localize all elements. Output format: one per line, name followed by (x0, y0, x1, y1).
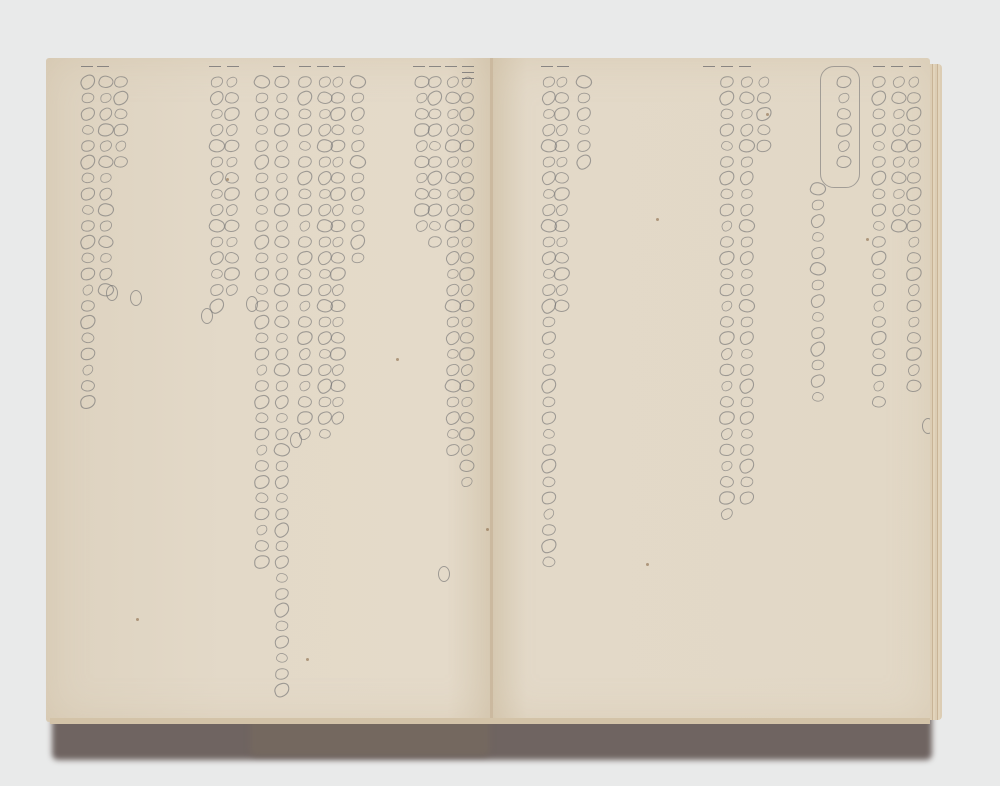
handwritten-glyph (114, 139, 128, 153)
handwritten-glyph (81, 171, 96, 184)
paper-speck (656, 218, 659, 221)
handwritten-glyph (542, 316, 556, 328)
handwritten-glyph (276, 380, 289, 391)
left-page (46, 58, 492, 722)
handwritten-glyph (719, 123, 735, 137)
handwritten-glyph (255, 124, 269, 137)
handwritten-glyph (890, 169, 908, 186)
handwritten-glyph (225, 76, 239, 89)
handwritten-glyph (459, 443, 474, 457)
paper-speck (396, 358, 399, 361)
item-dash-mark (721, 66, 733, 67)
paper-speck (766, 113, 769, 116)
handwritten-glyph (459, 251, 475, 266)
handwritten-glyph (542, 284, 557, 297)
handwritten-glyph (252, 313, 271, 331)
handwritten-glyph (446, 156, 460, 169)
handwritten-glyph (352, 93, 365, 104)
handwriting-column (576, 66, 590, 166)
handwritten-glyph (460, 236, 474, 249)
handwritten-glyph (459, 203, 475, 218)
handwritten-glyph (207, 217, 227, 236)
enclosing-bracket (820, 66, 860, 188)
handwritten-glyph (275, 219, 289, 232)
handwritten-glyph (539, 377, 559, 396)
handwritten-glyph (554, 91, 570, 106)
handwritten-glyph (226, 236, 239, 247)
handwritten-glyph (906, 347, 922, 361)
handwritten-glyph (719, 507, 734, 521)
handwritten-glyph (459, 427, 476, 442)
handwritten-glyph (273, 202, 291, 218)
handwritten-glyph (740, 364, 755, 377)
handwritten-glyph (99, 220, 113, 232)
handwritten-glyph (78, 153, 98, 171)
handwritten-glyph (272, 520, 292, 539)
end-circle-mark (201, 308, 213, 324)
handwritten-glyph (80, 267, 95, 280)
handwritten-glyph (458, 105, 477, 122)
handwritten-glyph (718, 330, 735, 345)
handwritten-glyph (555, 156, 568, 168)
handwritten-glyph (223, 250, 240, 266)
item-dash-mark (97, 66, 109, 67)
handwritten-glyph (330, 363, 345, 377)
handwritten-glyph (542, 475, 557, 489)
handwritten-glyph (893, 109, 905, 119)
handwritten-glyph (444, 249, 463, 267)
handwritten-glyph (329, 330, 346, 346)
handwritten-glyph (273, 554, 290, 570)
handwritten-glyph (720, 380, 733, 392)
handwritten-glyph (906, 378, 923, 393)
handwritten-glyph (98, 267, 114, 282)
handwritten-glyph (97, 122, 115, 138)
handwritten-glyph (718, 474, 735, 490)
handwritten-glyph (739, 491, 756, 506)
handwritten-glyph (907, 155, 921, 168)
handwritten-glyph (97, 74, 115, 91)
handwritten-glyph (316, 410, 333, 426)
handwritten-glyph (719, 203, 734, 216)
handwritten-glyph (907, 140, 922, 153)
handwriting-column (461, 66, 475, 486)
handwritten-glyph (444, 410, 462, 427)
handwritten-glyph (252, 72, 272, 91)
handwritten-glyph (809, 293, 827, 310)
handwritten-glyph (78, 233, 97, 251)
handwritten-glyph (297, 363, 313, 377)
handwritten-glyph (351, 220, 365, 233)
handwritten-glyph (273, 106, 290, 122)
handwritten-glyph (415, 92, 428, 104)
handwritten-glyph (297, 411, 313, 425)
item-dash-mark (317, 66, 329, 67)
handwritten-glyph (554, 203, 570, 218)
handwritten-glyph (577, 140, 591, 153)
handwritten-glyph (428, 156, 442, 168)
handwritten-glyph (80, 251, 95, 265)
handwritten-glyph (298, 107, 313, 120)
handwritten-glyph (331, 156, 345, 169)
handwritten-glyph (871, 122, 888, 137)
handwritten-glyph (273, 233, 291, 250)
handwritten-glyph (756, 139, 771, 152)
handwritten-glyph (445, 283, 461, 298)
handwritten-glyph (211, 157, 224, 168)
handwritten-glyph (871, 283, 886, 296)
handwritten-glyph (447, 348, 460, 360)
handwritten-glyph (810, 246, 825, 260)
handwritten-glyph (890, 138, 908, 154)
handwritten-glyph (80, 299, 95, 313)
handwritten-glyph (809, 212, 827, 229)
handwritten-glyph (331, 236, 344, 248)
bottom-page-edge (50, 718, 930, 724)
item-dash-mark (909, 66, 921, 67)
handwritten-glyph (330, 171, 346, 186)
handwritten-glyph (542, 395, 556, 408)
handwriting-column (272, 66, 286, 696)
handwritten-glyph (298, 219, 312, 233)
handwritten-glyph (460, 140, 475, 153)
handwritten-glyph (720, 107, 735, 120)
handwriting-column (428, 66, 442, 256)
handwriting-column (738, 66, 752, 511)
handwritten-glyph (209, 203, 224, 217)
handwritten-glyph (211, 109, 223, 120)
handwritten-glyph (574, 152, 594, 171)
handwritten-glyph (330, 123, 346, 138)
item-dash-mark (891, 66, 903, 67)
paper-speck (136, 618, 139, 621)
handwritten-glyph (425, 169, 445, 187)
handwritten-glyph (738, 330, 756, 347)
handwritten-glyph (741, 189, 753, 200)
right-page (492, 58, 930, 722)
handwritten-glyph (812, 200, 825, 211)
handwritten-glyph (893, 189, 905, 199)
handwritten-glyph (809, 373, 826, 389)
handwritten-glyph (254, 379, 269, 393)
handwritten-glyph (332, 316, 345, 327)
handwritten-glyph (224, 187, 240, 201)
handwritten-glyph (254, 538, 271, 553)
handwritten-glyph (253, 106, 271, 123)
handwritten-glyph (100, 93, 112, 103)
handwritten-glyph (224, 122, 240, 137)
handwritten-glyph (81, 92, 95, 104)
handwritten-glyph (297, 123, 313, 137)
handwritten-glyph (253, 474, 270, 489)
handwritten-glyph (209, 123, 225, 138)
handwritten-glyph (444, 217, 463, 234)
handwritten-glyph (541, 123, 557, 138)
handwritten-glyph (906, 203, 922, 218)
item-dash-mark (462, 72, 474, 73)
handwriting-column (758, 66, 772, 161)
handwritten-glyph (446, 428, 460, 440)
handwritten-glyph (907, 236, 921, 249)
handwritten-glyph (274, 634, 291, 649)
handwritten-glyph (207, 137, 226, 155)
handwritten-glyph (720, 156, 735, 169)
handwritten-glyph (719, 411, 735, 425)
handwritten-glyph (319, 109, 331, 119)
handwritten-glyph (330, 202, 346, 217)
handwritten-glyph (444, 329, 462, 346)
handwriting-column (254, 66, 268, 566)
handwritten-glyph (79, 106, 96, 122)
handwritten-glyph (275, 300, 289, 312)
handwritten-glyph (541, 203, 556, 217)
handwritten-glyph (297, 203, 312, 216)
handwritten-glyph (351, 124, 364, 136)
handwritten-glyph (891, 202, 908, 218)
handwritten-glyph (719, 427, 735, 442)
handwritten-glyph (254, 459, 270, 474)
handwritten-glyph (319, 268, 332, 280)
handwritten-glyph (540, 538, 558, 555)
handwritten-glyph (428, 108, 442, 121)
handwritten-glyph (906, 219, 921, 232)
handwritten-glyph (255, 363, 269, 377)
handwritten-glyph (255, 220, 268, 232)
handwritten-glyph (719, 442, 736, 457)
handwritten-glyph (99, 139, 113, 152)
handwritten-glyph (298, 156, 313, 169)
handwritten-glyph (444, 169, 462, 186)
handwritten-glyph (224, 218, 241, 233)
handwritten-glyph (330, 347, 347, 362)
handwritten-glyph (255, 428, 270, 441)
handwritten-glyph (349, 186, 367, 203)
handwritten-glyph (428, 236, 443, 249)
handwritten-glyph (444, 138, 462, 154)
handwritten-glyph (79, 314, 97, 331)
handwritten-glyph (870, 330, 888, 346)
handwritten-glyph (808, 339, 828, 358)
handwriting-column (444, 66, 458, 456)
handwritten-glyph (577, 124, 591, 137)
handwritten-glyph (719, 491, 735, 505)
handwritten-glyph (906, 299, 922, 313)
handwritten-glyph (211, 236, 224, 247)
handwritten-glyph (444, 90, 462, 107)
handwritten-glyph (329, 106, 347, 122)
handwritten-glyph (297, 394, 314, 410)
handwritten-glyph (741, 237, 754, 248)
handwriting-column (332, 66, 346, 421)
handwritten-glyph (97, 153, 115, 170)
handwritten-glyph (906, 171, 922, 185)
handwriting-column (810, 173, 824, 403)
handwritten-glyph (254, 347, 269, 360)
handwritten-glyph (720, 284, 735, 297)
handwritten-glyph (721, 460, 734, 472)
handwritten-glyph (272, 361, 291, 379)
handwritten-glyph (252, 152, 272, 171)
handwritten-glyph (274, 266, 291, 282)
handwritten-glyph (719, 235, 734, 249)
handwritten-glyph (273, 74, 290, 90)
handwritten-glyph (720, 219, 734, 233)
handwritten-glyph (890, 217, 909, 234)
end-circle-mark (290, 432, 302, 448)
handwritten-glyph (349, 105, 367, 122)
handwritten-glyph (458, 186, 476, 202)
handwritten-glyph (543, 157, 556, 168)
handwritten-glyph (81, 203, 95, 217)
handwritten-glyph (739, 283, 754, 297)
paper-speck (306, 658, 309, 661)
handwritten-glyph (255, 92, 268, 103)
handwritten-glyph (718, 250, 736, 266)
handwriting-column (316, 66, 330, 446)
paper-speck (646, 563, 649, 566)
handwritten-glyph (224, 139, 240, 153)
handwritten-glyph (351, 204, 365, 217)
handwritten-glyph (543, 109, 555, 120)
handwritten-glyph (273, 281, 292, 298)
handwritten-glyph (719, 315, 735, 330)
handwritten-glyph (275, 668, 289, 680)
handwritten-glyph (541, 523, 556, 536)
handwritten-glyph (906, 123, 921, 137)
handwritten-glyph (275, 651, 289, 665)
item-dash-mark (81, 66, 93, 67)
handwritten-glyph (350, 139, 365, 153)
handwritten-glyph (720, 139, 734, 153)
handwritten-glyph (296, 250, 314, 266)
handwritten-glyph (719, 394, 736, 410)
handwritten-glyph (871, 395, 887, 410)
handwriting-column (540, 66, 554, 566)
handwritten-glyph (541, 555, 556, 570)
handwritten-glyph (555, 76, 569, 89)
handwritten-glyph (461, 396, 474, 407)
handwritten-glyph (255, 140, 269, 153)
handwritten-glyph (113, 107, 128, 121)
handwritten-glyph (348, 232, 368, 251)
item-dash-mark (333, 66, 345, 67)
item-dash-mark (413, 66, 425, 67)
paper-speck (486, 528, 489, 531)
item-dash-mark (209, 66, 221, 67)
handwritten-glyph (255, 172, 269, 184)
handwritten-glyph (811, 311, 825, 324)
item-dash-mark (703, 66, 715, 67)
handwritten-glyph (717, 89, 737, 107)
open-notebook (46, 58, 942, 724)
handwritten-glyph (97, 106, 114, 122)
handwritten-glyph (298, 139, 312, 153)
handwritten-glyph (719, 346, 735, 361)
handwritten-glyph (443, 297, 462, 315)
handwritten-glyph (542, 427, 556, 441)
handwritten-glyph (740, 475, 754, 488)
handwritten-glyph (81, 123, 95, 136)
handwritten-glyph (890, 90, 908, 107)
handwritten-glyph (740, 396, 754, 408)
handwritten-glyph (273, 474, 291, 491)
handwritten-glyph (272, 441, 292, 460)
item-dash-mark (739, 66, 751, 67)
handwritten-glyph (447, 189, 459, 199)
handwritten-glyph (273, 313, 292, 331)
handwritten-glyph (738, 410, 755, 426)
paper-speck (866, 238, 869, 241)
handwritten-glyph (318, 156, 332, 168)
handwritten-glyph (737, 376, 757, 395)
handwritten-glyph (554, 170, 571, 186)
handwritten-glyph (872, 139, 886, 152)
handwritten-glyph (811, 390, 825, 403)
handwritten-glyph (81, 283, 95, 297)
handwritten-glyph (428, 219, 442, 233)
handwritten-glyph (890, 122, 907, 138)
handwritten-glyph (428, 187, 443, 200)
handwritten-glyph (97, 233, 116, 251)
handwritten-glyph (319, 237, 332, 248)
handwritten-glyph (737, 457, 757, 476)
handwritten-glyph (210, 268, 224, 280)
handwritten-glyph (208, 250, 226, 267)
handwritten-glyph (905, 186, 923, 202)
handwritten-glyph (255, 283, 269, 297)
handwritten-glyph (872, 364, 887, 377)
handwritten-glyph (297, 235, 312, 249)
handwritten-glyph (330, 250, 347, 266)
handwritten-glyph (318, 364, 333, 377)
handwritten-glyph (741, 316, 754, 327)
handwritten-glyph (872, 156, 886, 168)
handwritten-glyph (254, 507, 270, 521)
handwritten-glyph (253, 394, 271, 411)
handwritten-glyph (100, 173, 111, 183)
handwritten-glyph (869, 169, 889, 187)
handwritten-glyph (330, 267, 346, 281)
handwritten-glyph (756, 123, 772, 138)
handwritten-glyph (275, 492, 288, 504)
handwritten-glyph (447, 109, 459, 119)
handwritten-glyph (872, 187, 887, 200)
handwritten-glyph (208, 89, 227, 107)
handwritten-glyph (97, 201, 116, 218)
handwritten-glyph (79, 394, 96, 409)
handwriting-column (208, 66, 222, 311)
handwritten-glyph (81, 363, 95, 376)
handwritten-glyph (331, 75, 345, 88)
handwritten-glyph (351, 252, 365, 264)
handwritten-glyph (739, 203, 755, 218)
handwritten-glyph (100, 253, 112, 264)
handwriting-column (556, 66, 570, 311)
handwritten-glyph (741, 109, 753, 119)
handwritten-glyph (907, 75, 921, 89)
handwritten-glyph (443, 377, 463, 396)
handwritten-glyph (459, 363, 475, 378)
handwritten-glyph (416, 172, 429, 183)
handwriting-column (350, 66, 364, 261)
handwritten-glyph (872, 236, 887, 249)
handwritten-glyph (871, 347, 887, 362)
handwritten-glyph (255, 443, 269, 456)
paper-speck (226, 178, 229, 181)
handwritten-glyph (272, 601, 292, 620)
handwritten-glyph (317, 122, 334, 138)
handwritten-glyph (740, 76, 754, 89)
